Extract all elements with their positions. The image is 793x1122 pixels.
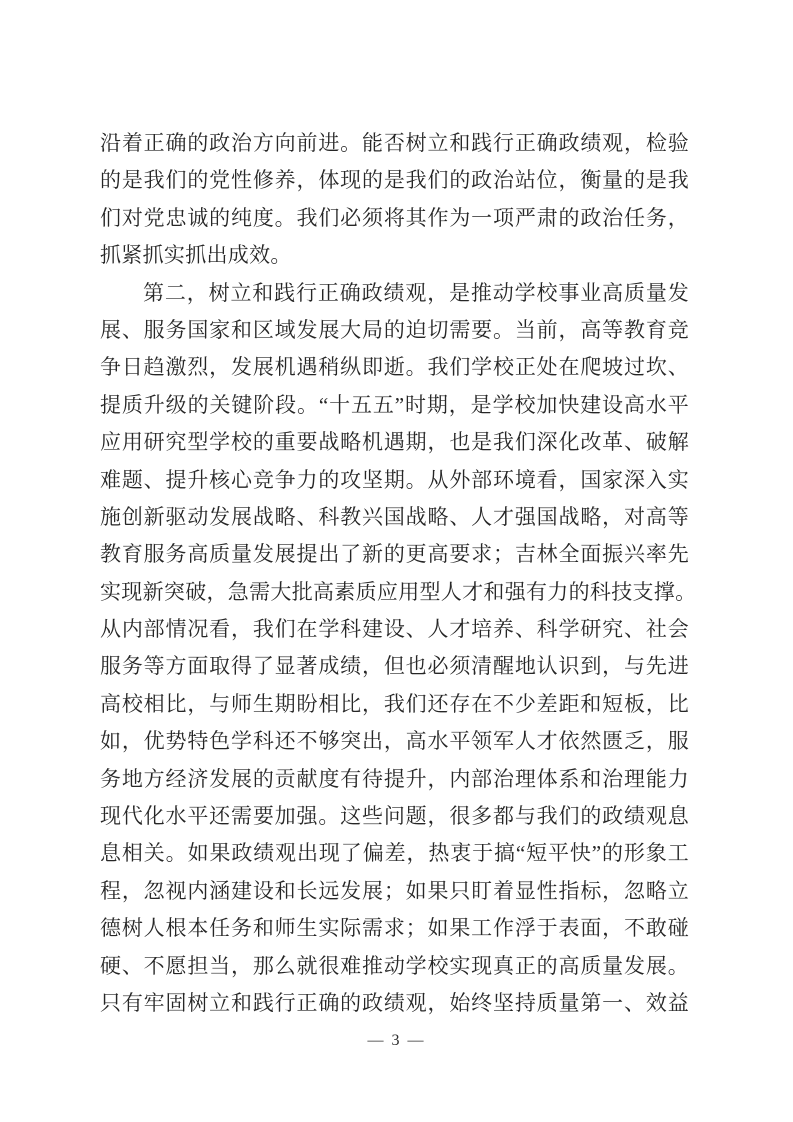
text-line: 务地方经济发展的贡献度有待提升，内部治理体系和治理能力 [100,761,689,798]
text-line: 如，优势特色学科还不够突出，高水平领军人才依然匮乏，服 [100,723,689,760]
text-line: 只有牢固树立和践行正确的政绩观，始终坚持质量第一、效益 [100,985,689,1022]
text-line: 程，忽视内涵建设和长远发展；如果只盯着显性指标，忽略立 [100,873,689,910]
document-body: 沿着正确的政治方向前进。能否树立和践行正确政绩观，检验 的是我们的党性修养，体现… [100,125,689,1022]
text-line: 高校相比，与师生期盼相比，我们还存在不少差距和短板，比 [100,686,689,723]
text-line: 德树人根本任务和师生实际需求；如果工作浮于表面，不敢碰 [100,910,689,947]
text-line: 的是我们的党性修养，体现的是我们的政治站位，衡量的是我 [100,162,689,199]
document-page: 沿着正确的政治方向前进。能否树立和践行正确政绩观，检验 的是我们的党性修养，体现… [0,0,793,1122]
text-line: 硬、不愿担当，那么就很难推动学校实现真正的高质量发展。 [100,948,689,985]
text-line: 们对党忠诚的纯度。我们必须将其作为一项严肃的政治任务， [100,200,689,237]
text-line: 施创新驱动发展战略、科教兴国战略、人才强国战略，对高等 [100,499,689,536]
text-line: 抓紧抓实抓出成效。 [100,237,689,274]
text-line: 实现新突破，急需大批高素质应用型人才和强有力的科技支撑。 [100,574,689,611]
text-line: 展、服务国家和区域发展大局的迫切需要。当前，高等教育竞 [100,312,689,349]
text-line: 从内部情况看，我们在学科建设、人才培养、科学研究、社会 [100,611,689,648]
text-line-paragraph-start: 第二，树立和践行正确政绩观，是推动学校事业高质量发 [100,275,689,312]
text-line: 争日趋激烈，发展机遇稍纵即逝。我们学校正处在爬坡过坎、 [100,349,689,386]
text-line: 沿着正确的政治方向前进。能否树立和践行正确政绩观，检验 [100,125,689,162]
text-line: 服务等方面取得了显著成绩，但也必须清醒地认识到，与先进 [100,648,689,685]
text-line: 现代化水平还需要加强。这些问题，很多都与我们的政绩观息 [100,798,689,835]
text-line: 息相关。如果政绩观出现了偏差，热衷于搞“短平快”的形象工 [100,835,689,872]
text-line: 提质升级的关键阶段。“十五五”时期，是学校加快建设高水平 [100,387,689,424]
text-line: 应用研究型学校的重要战略机遇期，也是我们深化改革、破解 [100,424,689,461]
page-number: — 3 — [0,1032,793,1050]
text-line: 教育服务高质量发展提出了新的更高要求；吉林全面振兴率先 [100,536,689,573]
text-line: 难题、提升核心竞争力的攻坚期。从外部环境看，国家深入实 [100,462,689,499]
